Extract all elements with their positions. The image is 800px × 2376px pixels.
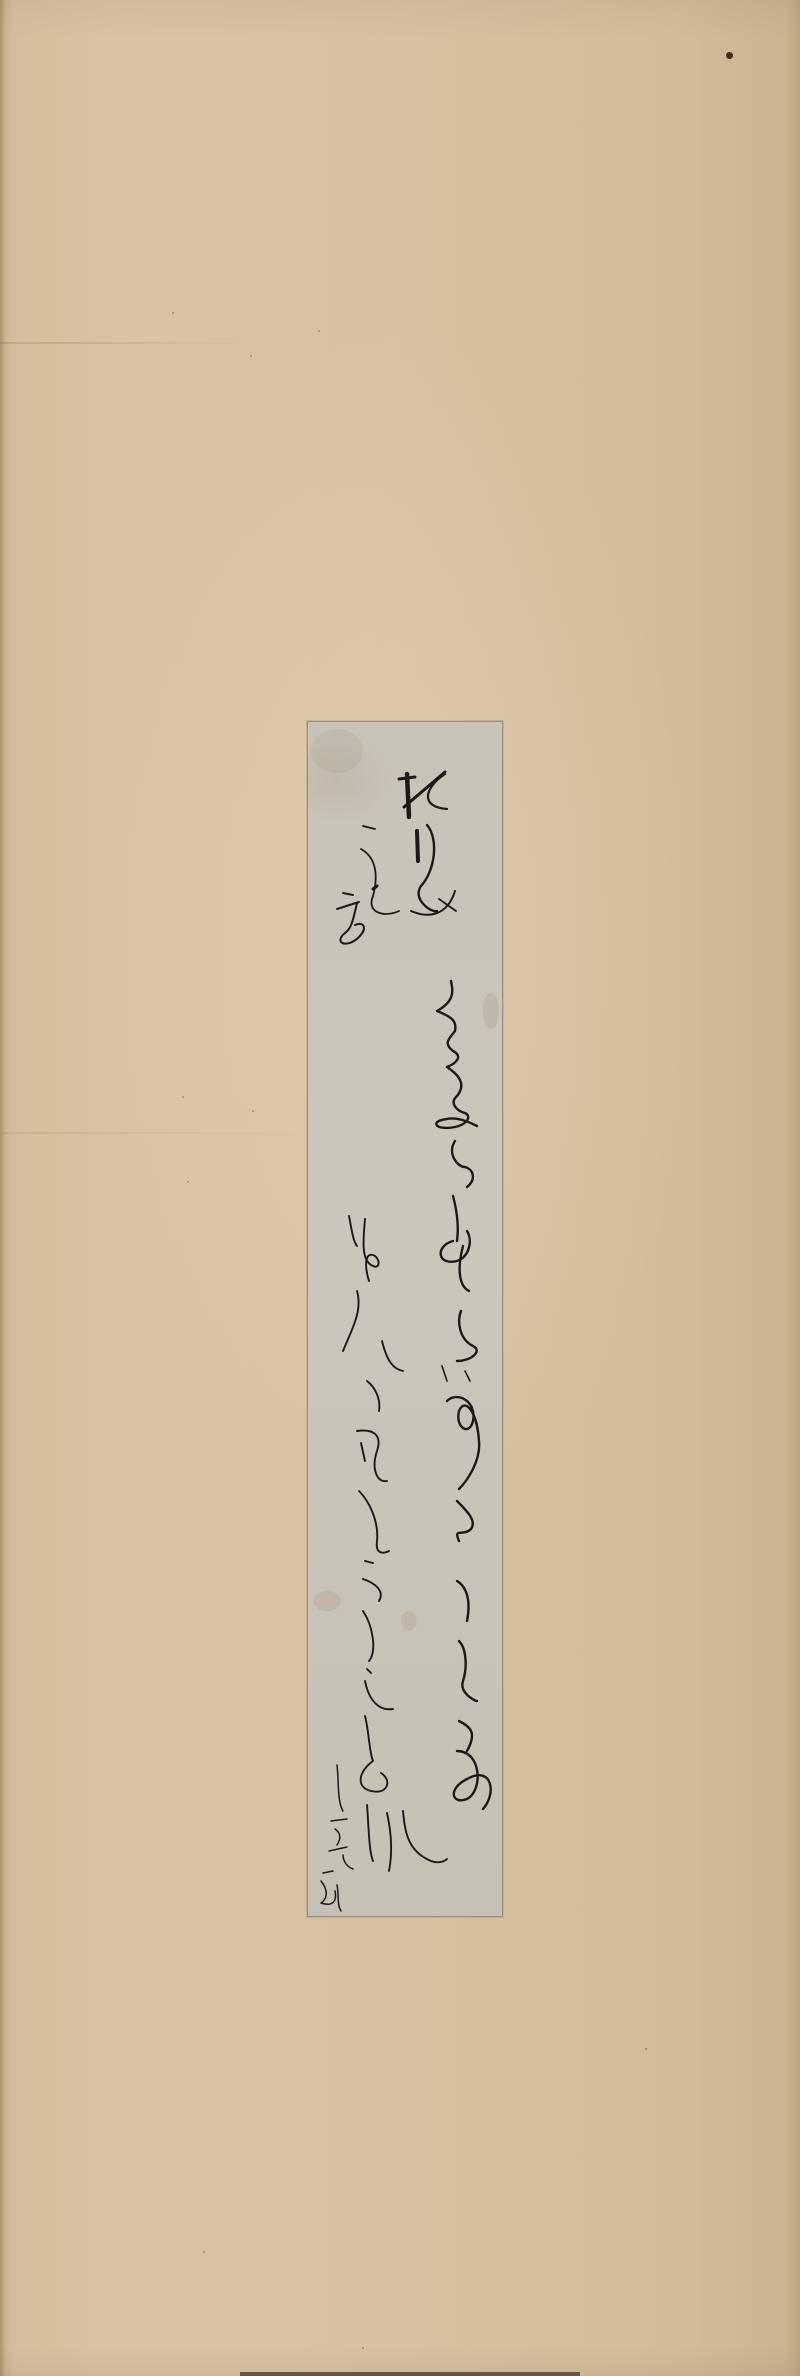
calligraphy-panel: れりふ こと な こころふかきとおもひよらさりし なれしわかるるこそあはれ [307, 721, 503, 1917]
speck [203, 2251, 205, 2253]
glyph-na [337, 893, 364, 944]
glyph-ko-to [361, 826, 399, 914]
speck [645, 2048, 647, 2050]
speck [187, 1181, 189, 1183]
speck [182, 1096, 184, 1098]
speck [252, 1110, 254, 1112]
glyph-ri [411, 825, 456, 915]
mounting-seam-middle [0, 1132, 300, 1134]
paper-stains [311, 729, 499, 1631]
speck [362, 2347, 364, 2349]
glyph-re [399, 772, 447, 817]
scroll-left-edge [0, 0, 6, 2376]
bottom-roller [240, 2372, 580, 2376]
mounting-seam-top [0, 342, 240, 344]
speck [318, 330, 320, 332]
speck [172, 312, 174, 314]
calligraphy-ink [307, 721, 503, 1917]
glyph-column-4 [436, 981, 490, 1809]
scroll-mounting: れりふ こと な こころふかきとおもひよらさりし なれしわかるるこそあはれ [0, 0, 800, 2376]
glyph-column-5 [343, 1216, 447, 1871]
speck [250, 355, 252, 357]
hanger-hole [726, 52, 733, 59]
signature [321, 1765, 353, 1911]
